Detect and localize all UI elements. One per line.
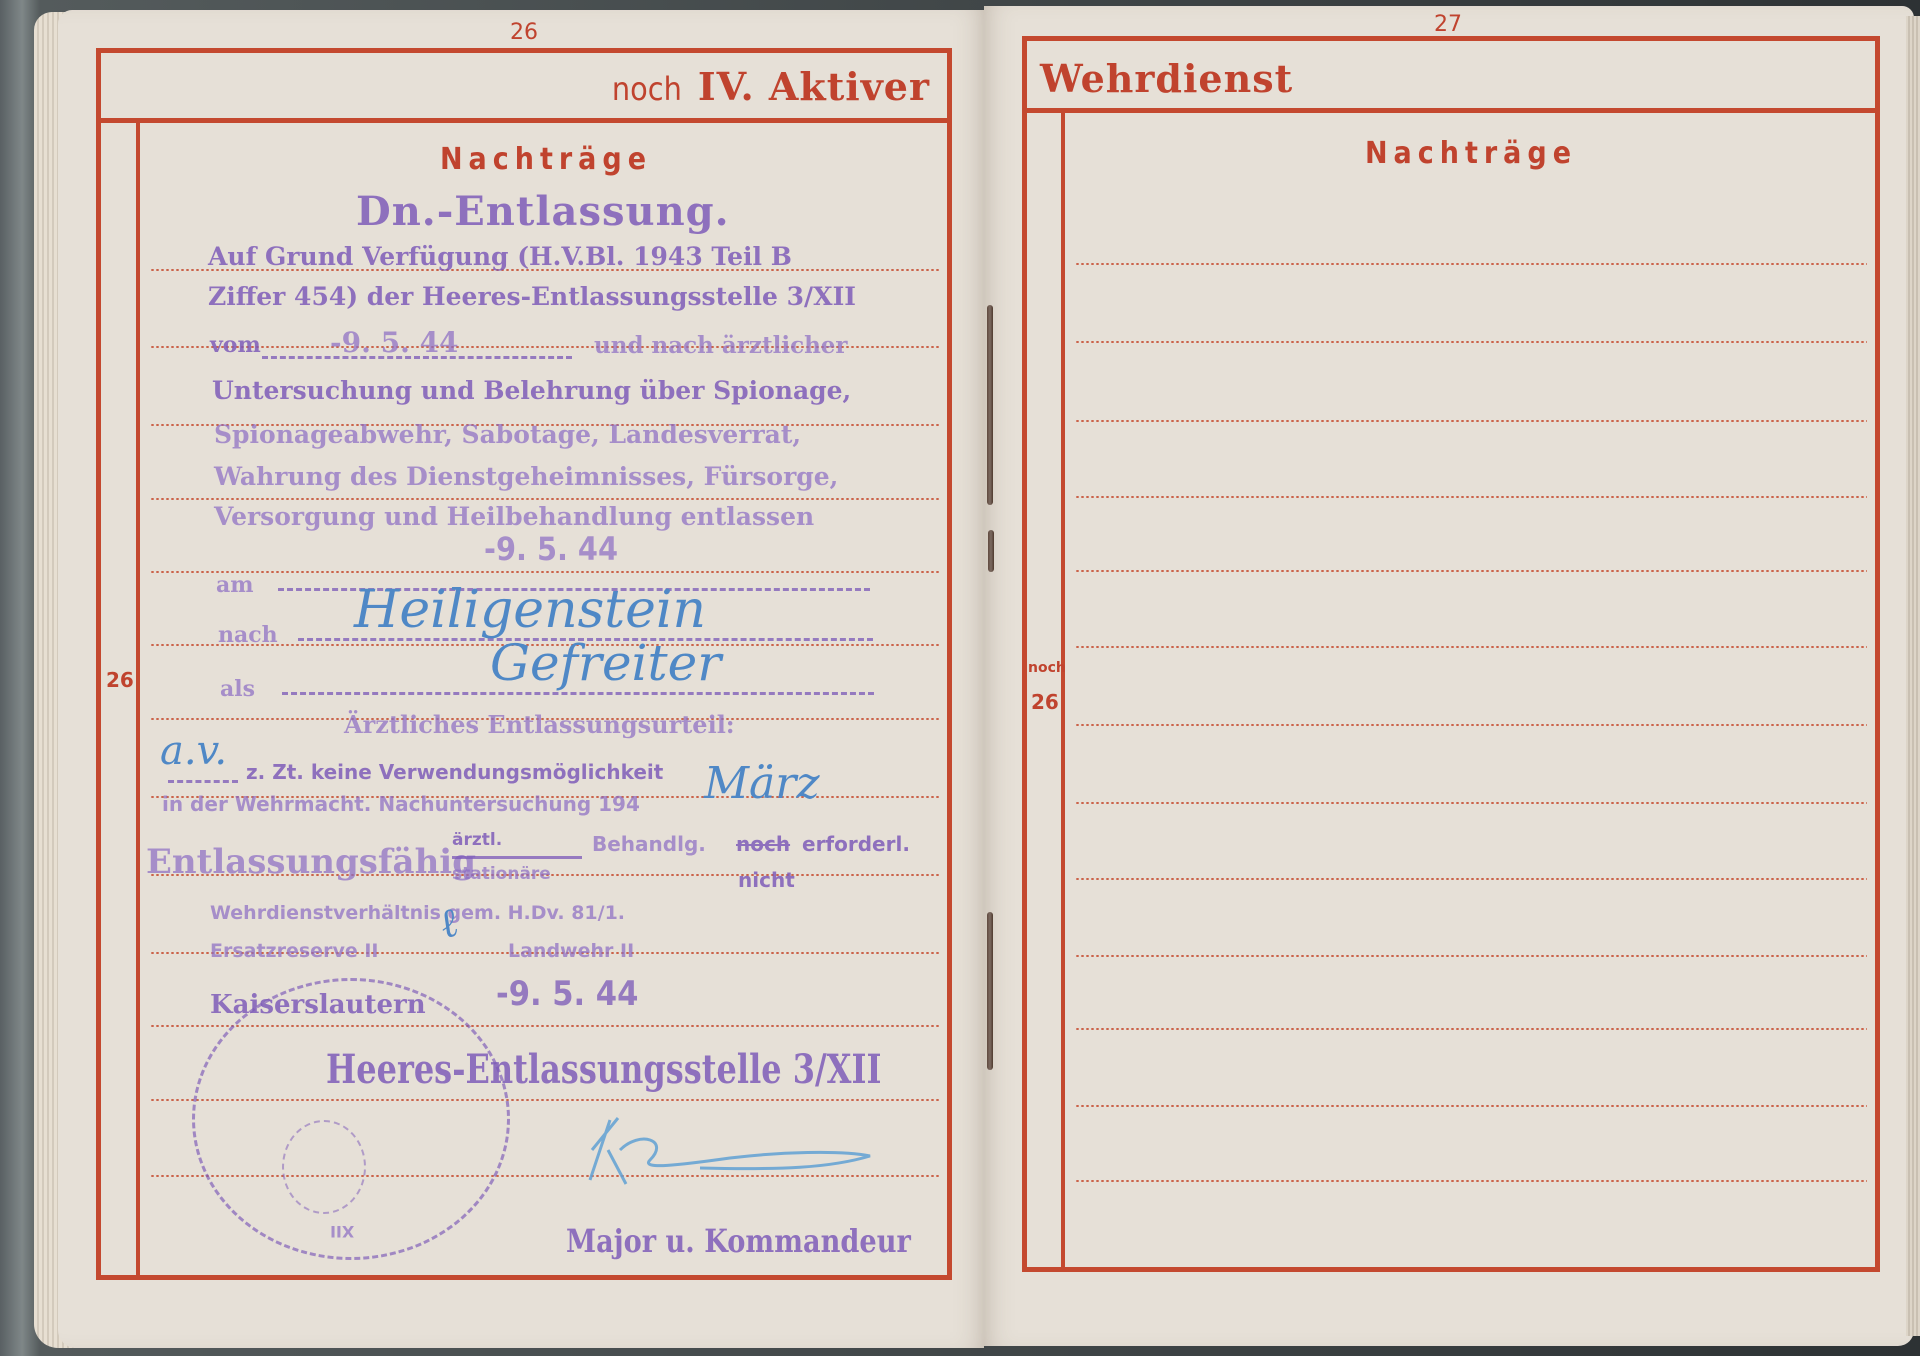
treatment-struck: noch (736, 832, 790, 856)
header-prefix: noch (612, 70, 682, 108)
ruled-line (1075, 646, 1867, 648)
stamp-line-4: Untersuchung und Belehrung über Spionage… (212, 376, 851, 405)
nach-handwritten: Heiligenstein (354, 580, 706, 640)
staple-fragment (988, 530, 994, 572)
arzt-handwritten: a.v. (160, 728, 227, 774)
office-stamp: Heeres-Entlassungsstelle 3/XII (326, 1046, 881, 1093)
fitness-label: Entlassungsfähig (146, 842, 476, 882)
ruled-line (150, 498, 940, 500)
ruled-line (1075, 263, 1867, 265)
fitness-upper: ärztl. (452, 830, 502, 850)
right-header-divider (1022, 108, 1880, 113)
ruled-line (1075, 724, 1867, 726)
ruled-line (1075, 341, 1867, 343)
ruled-line (1075, 878, 1867, 880)
staple-bottom (987, 912, 993, 1070)
am-label: am (216, 572, 254, 598)
als-label: als (220, 676, 255, 702)
als-line (282, 692, 874, 695)
place-date: -9. 5. 44 (496, 974, 638, 1014)
staple-top (987, 305, 993, 505)
fitness-lower: stationäre (452, 864, 551, 884)
right-margin-line (1061, 112, 1065, 1268)
als-handwritten: Gefreiter (490, 634, 721, 692)
page-stack-right (1906, 16, 1920, 1336)
treatment-required: erforderl. (802, 832, 910, 856)
stamp-line-7: Versorgung und Heilbehandlung entlassen (214, 502, 814, 531)
ruled-line (1075, 1028, 1867, 1030)
right-frame (1022, 36, 1880, 1272)
rank-stamp: Major u. Kommandeur (566, 1222, 911, 1260)
stamp-line-1: Auf Grund Verfügung (H.V.Bl. 1943 Teil B (208, 242, 792, 271)
reserve-line-b: Landwehr II (508, 940, 634, 962)
section-title-right: Nachträge (1066, 136, 1876, 171)
page-number-left: 26 (510, 20, 538, 45)
ruled-line (1075, 420, 1867, 422)
header-title: IV. Aktiver (698, 64, 930, 109)
ruled-line (1075, 496, 1867, 498)
arzt-underline (168, 780, 238, 783)
margin-number-left: 26 (106, 668, 134, 692)
section-title-left: Nachträge (140, 142, 952, 177)
seal-inner-wreath (282, 1120, 366, 1214)
ruled-line (150, 571, 940, 573)
ruled-line (1075, 955, 1867, 957)
nach-label: nach (218, 622, 278, 648)
arzt-line-1: z. Zt. keine Verwendungsmöglichkeit (246, 760, 663, 784)
left-margin-line (136, 122, 140, 1276)
stamp-line-3: und nach ärztlicher (594, 332, 848, 359)
left-header-divider (96, 118, 952, 123)
official-seal (192, 978, 510, 1260)
treatment-not: nicht (738, 868, 795, 892)
ruled-line (1075, 1105, 1867, 1107)
arzt-month-handwritten: März (704, 758, 820, 809)
page-number-right: 27 (1434, 12, 1462, 37)
fitness-fraction-bar (452, 856, 582, 859)
reserve-line-a: Ersatzreserve II (210, 940, 378, 962)
vom-label: vom (210, 332, 261, 358)
margin-number-right: 26 (1031, 690, 1059, 714)
vom-date: -9. 5. 44 (330, 326, 459, 359)
ruled-line (1075, 570, 1867, 572)
stamp-line-6: Wahrung des Dienstgeheimnisses, Fürsorge… (214, 462, 838, 491)
arzt-heading: Ärztliches Entlassungsurteil: (344, 710, 735, 739)
entlassen-date: -9. 5. 44 (484, 530, 618, 568)
stamp-line-5: Spionageabwehr, Sabotage, Landesverrat, (214, 420, 801, 449)
ruled-line (1075, 1180, 1867, 1182)
seal-text: XII (330, 1222, 354, 1241)
left-header: noch IV. Aktiver (612, 64, 930, 109)
ruled-line (1075, 802, 1867, 804)
wehrdienst-line: Wehrdienstverhältnis gem. H.Dv. 81/1. (210, 902, 625, 924)
margin-prefix-right: noch (1028, 660, 1066, 676)
header-title-right: Wehrdienst (1040, 56, 1293, 101)
stamp-heading: Dn.-Entlassung. (356, 188, 730, 235)
commander-signature (580, 1110, 880, 1190)
treatment-label: Behandlg. (592, 832, 706, 856)
arzt-line-2: in der Wehrmacht. Nachuntersuchung 194 (162, 792, 640, 816)
stamp-line-2: Ziffer 454) der Heeres-Entlassungsstelle… (208, 282, 856, 311)
